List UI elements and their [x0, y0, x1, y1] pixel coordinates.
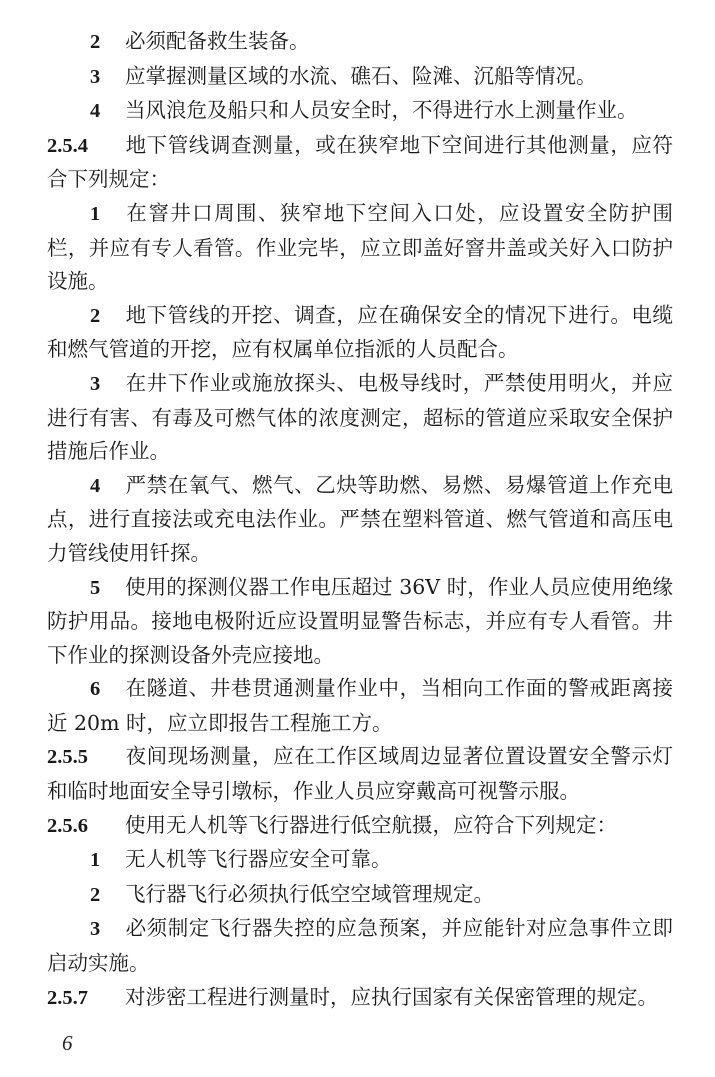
- item-number: 3: [90, 913, 125, 947]
- list-item: 6在隧道、井巷贯通测量作业中，当相向工作面的警戒距离接近 20m 时，应立即报告…: [47, 672, 673, 740]
- item-number: 1: [90, 844, 125, 878]
- item-text: 严禁在氧气、燃气、乙炔等助燃、易燃、易爆管道上作充电点，进行直接法或充电法作业。…: [47, 473, 673, 565]
- clause-number: 2.5.6: [47, 810, 125, 844]
- list-item: 1在窨井口周围、狭窄地下空间入口处，应设置安全防护围栏，并应有专人看管。作业完毕…: [47, 197, 673, 299]
- clause-text: 地下管线调查测量，或在狭窄地下空间进行其他测量，应符合下列规定：: [47, 133, 673, 192]
- item-number: 3: [90, 61, 125, 95]
- item-text: 当风浪危及船只和人员安全时，不得进行水上测量作业。: [125, 98, 638, 122]
- clause-2-5-5: 2.5.5夜间现场测量，应在工作区域周边显著位置设置安全警示灯和临时地面安全导引…: [47, 740, 673, 808]
- item-text: 在隧道、井巷贯通测量作业中，当相向工作面的警戒距离接近 20m 时，应立即报告工…: [47, 676, 673, 735]
- item-number: 2: [90, 879, 125, 913]
- item-number: 4: [90, 470, 125, 504]
- list-item: 3应掌握测量区域的水流、礁石、险滩、沉船等情况。: [47, 60, 673, 95]
- list-item: 2飞行器飞行必须执行低空空域管理规定。: [47, 878, 673, 913]
- document-page: 2必须配备救生装备。 3应掌握测量区域的水流、礁石、险滩、沉船等情况。 4当风浪…: [47, 25, 673, 1015]
- list-item: 1无人机等飞行器应安全可靠。: [47, 843, 673, 878]
- list-item: 3在井下作业或施放探头、电极导线时，严禁使用明火，并应进行有害、有毒及可燃气体的…: [47, 367, 673, 469]
- clause-number: 2.5.7: [47, 982, 125, 1016]
- list-item: 2地下管线的开挖、调查，应在确保安全的情况下进行。电缆和燃气管道的开挖，应有权属…: [47, 299, 673, 367]
- item-text: 应掌握测量区域的水流、礁石、险滩、沉船等情况。: [125, 64, 597, 88]
- item-text: 在井下作业或施放探头、电极导线时，严禁使用明火，并应进行有害、有毒及可燃气体的浓…: [47, 371, 673, 463]
- item-text: 飞行器飞行必须执行低空空域管理规定。: [125, 882, 494, 906]
- item-number: 6: [90, 673, 125, 707]
- item-text: 在窨井口周围、狭窄地下空间入口处，应设置安全防护围栏，并应有专人看管。作业完毕，…: [47, 201, 673, 293]
- clause-2-5-4: 2.5.4地下管线调查测量，或在狭窄地下空间进行其他测量，应符合下列规定：: [47, 129, 673, 197]
- clause-text: 对涉密工程进行测量时，应执行国家有关保密管理的规定。: [125, 985, 658, 1009]
- item-number: 4: [90, 95, 125, 129]
- list-item: 4严禁在氧气、燃气、乙炔等助燃、易燃、易爆管道上作充电点，进行直接法或充电法作业…: [47, 469, 673, 571]
- item-text: 必须制定飞行器失控的应急预案，并应能针对应急事件立即启动实施。: [47, 916, 673, 975]
- item-text: 必须配备救生装备。: [125, 29, 310, 53]
- item-number: 2: [90, 300, 125, 334]
- item-text: 无人机等飞行器应安全可靠。: [125, 847, 392, 871]
- clause-2-5-7: 2.5.7对涉密工程进行测量时，应执行国家有关保密管理的规定。: [47, 981, 673, 1016]
- page-number: 6: [62, 1031, 73, 1056]
- list-item: 2必须配备救生装备。: [47, 25, 673, 60]
- clause-number: 2.5.5: [47, 741, 125, 775]
- item-text: 使用的探测仪器工作电压超过 36V 时，作业人员应使用绝缘防护用品。接地电极附近…: [47, 575, 673, 667]
- clause-2-5-6: 2.5.6使用无人机等飞行器进行低空航摄，应符合下列规定：: [47, 809, 673, 844]
- list-item: 5使用的探测仪器工作电压超过 36V 时，作业人员应使用绝缘防护用品。接地电极附…: [47, 571, 673, 673]
- item-text: 地下管线的开挖、调查，应在确保安全的情况下进行。电缆和燃气管道的开挖，应有权属单…: [47, 303, 673, 362]
- clause-number: 2.5.4: [47, 130, 125, 164]
- item-number: 1: [90, 198, 125, 232]
- item-number: 5: [90, 572, 125, 606]
- item-number: 2: [90, 26, 125, 60]
- list-item: 4当风浪危及船只和人员安全时，不得进行水上测量作业。: [47, 94, 673, 129]
- clause-text: 使用无人机等飞行器进行低空航摄，应符合下列规定：: [125, 813, 617, 837]
- item-number: 3: [90, 368, 125, 402]
- list-item: 3必须制定飞行器失控的应急预案，并应能针对应急事件立即启动实施。: [47, 912, 673, 980]
- clause-text: 夜间现场测量，应在工作区域周边显著位置设置安全警示灯和临时地面安全导引墩标，作业…: [47, 744, 673, 803]
